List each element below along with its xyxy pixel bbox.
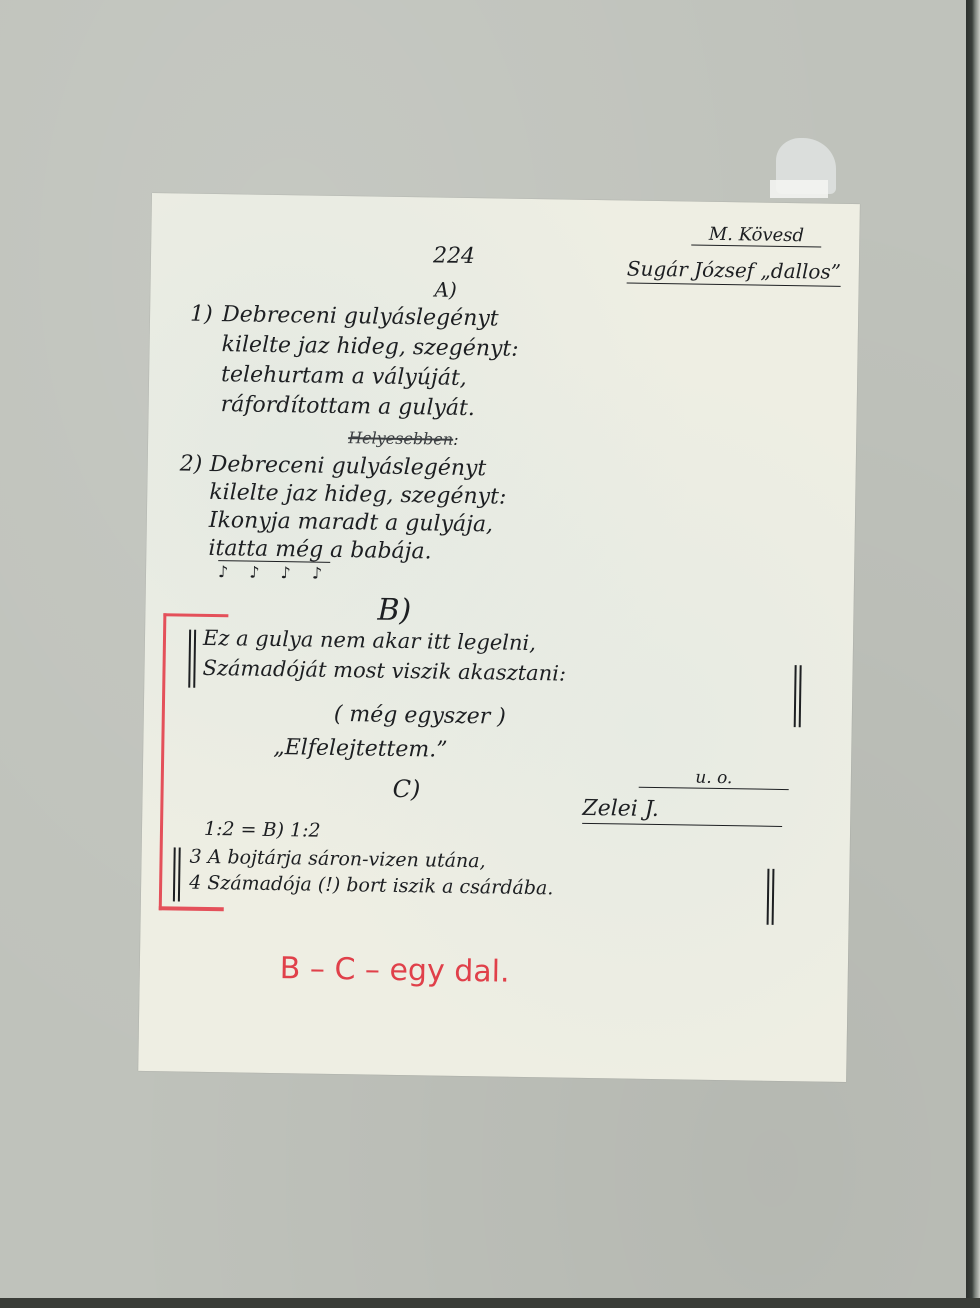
section-c-line-3: 3 A bojtárja sáron-vizen utána, <box>189 846 485 873</box>
verse-1-line-4: ráfordítottam a gulyát. <box>220 392 475 421</box>
verse-2-line-2: kilelte jaz hideg, szegényt: <box>209 480 506 510</box>
equation: 1:2 = B) 1:2 <box>204 818 321 842</box>
manuscript-card: 224 M. Kövesd Sugár József „dallos” A) 1… <box>138 193 860 1082</box>
section-a-label: A) <box>434 277 457 301</box>
torn-paper-mark-lower <box>770 180 828 198</box>
section-c-line-4: 4 Számadója (!) bort iszik a csárdába. <box>189 872 554 900</box>
struck-word-colon: : <box>453 430 459 449</box>
verse-1-line-3: telehurtam a vályúját, <box>221 362 467 391</box>
section-c-label: C) <box>392 775 420 803</box>
song-title: „Elfelejtettem.” <box>273 735 448 763</box>
source-name: Zelei J. <box>582 796 782 827</box>
verse-1-line-1: Debreceni gulyáslegényt <box>222 302 499 331</box>
board-edge-right <box>966 0 980 1308</box>
verse-2-line-3: Ikonyja maradt a gulyája, <box>209 508 494 537</box>
verse-1-line-2: kilelte jaz hideg, szegényt: <box>221 332 518 362</box>
place-name: M. Kövesd <box>691 223 821 247</box>
verse-2-line-1: Debreceni gulyáslegényt <box>210 452 487 481</box>
board-edge-bottom <box>0 1298 980 1308</box>
repeat-bar-right-b <box>794 665 802 727</box>
struck-word-row: Helyesebben: <box>348 428 459 449</box>
repeat-bar-left-c <box>173 847 181 901</box>
section-b-label: B) <box>377 593 411 629</box>
red-annotation: B – C – egy dal. <box>280 951 510 990</box>
section-b-line-2: Számadóját most viszik akasztani: <box>202 656 566 686</box>
verse-1-label: 1) <box>190 302 213 327</box>
repeat-note: ( még egyszer ) <box>334 702 506 730</box>
repeat-bar-right-c <box>767 869 775 925</box>
verse-2-label: 2) <box>180 451 203 476</box>
repeat-bar-left-b <box>188 630 196 688</box>
rhythm-marks: ♪ ♪ ♪ ♪ <box>218 560 330 583</box>
struck-word: Helyesebben <box>348 428 453 449</box>
source-note: u. o. <box>639 767 789 790</box>
section-b-line-1: Ez a gulya nem akar itt legelni, <box>203 626 536 655</box>
informant-name: Sugár József „dallos” <box>627 256 841 286</box>
card-number: 224 <box>433 243 475 269</box>
